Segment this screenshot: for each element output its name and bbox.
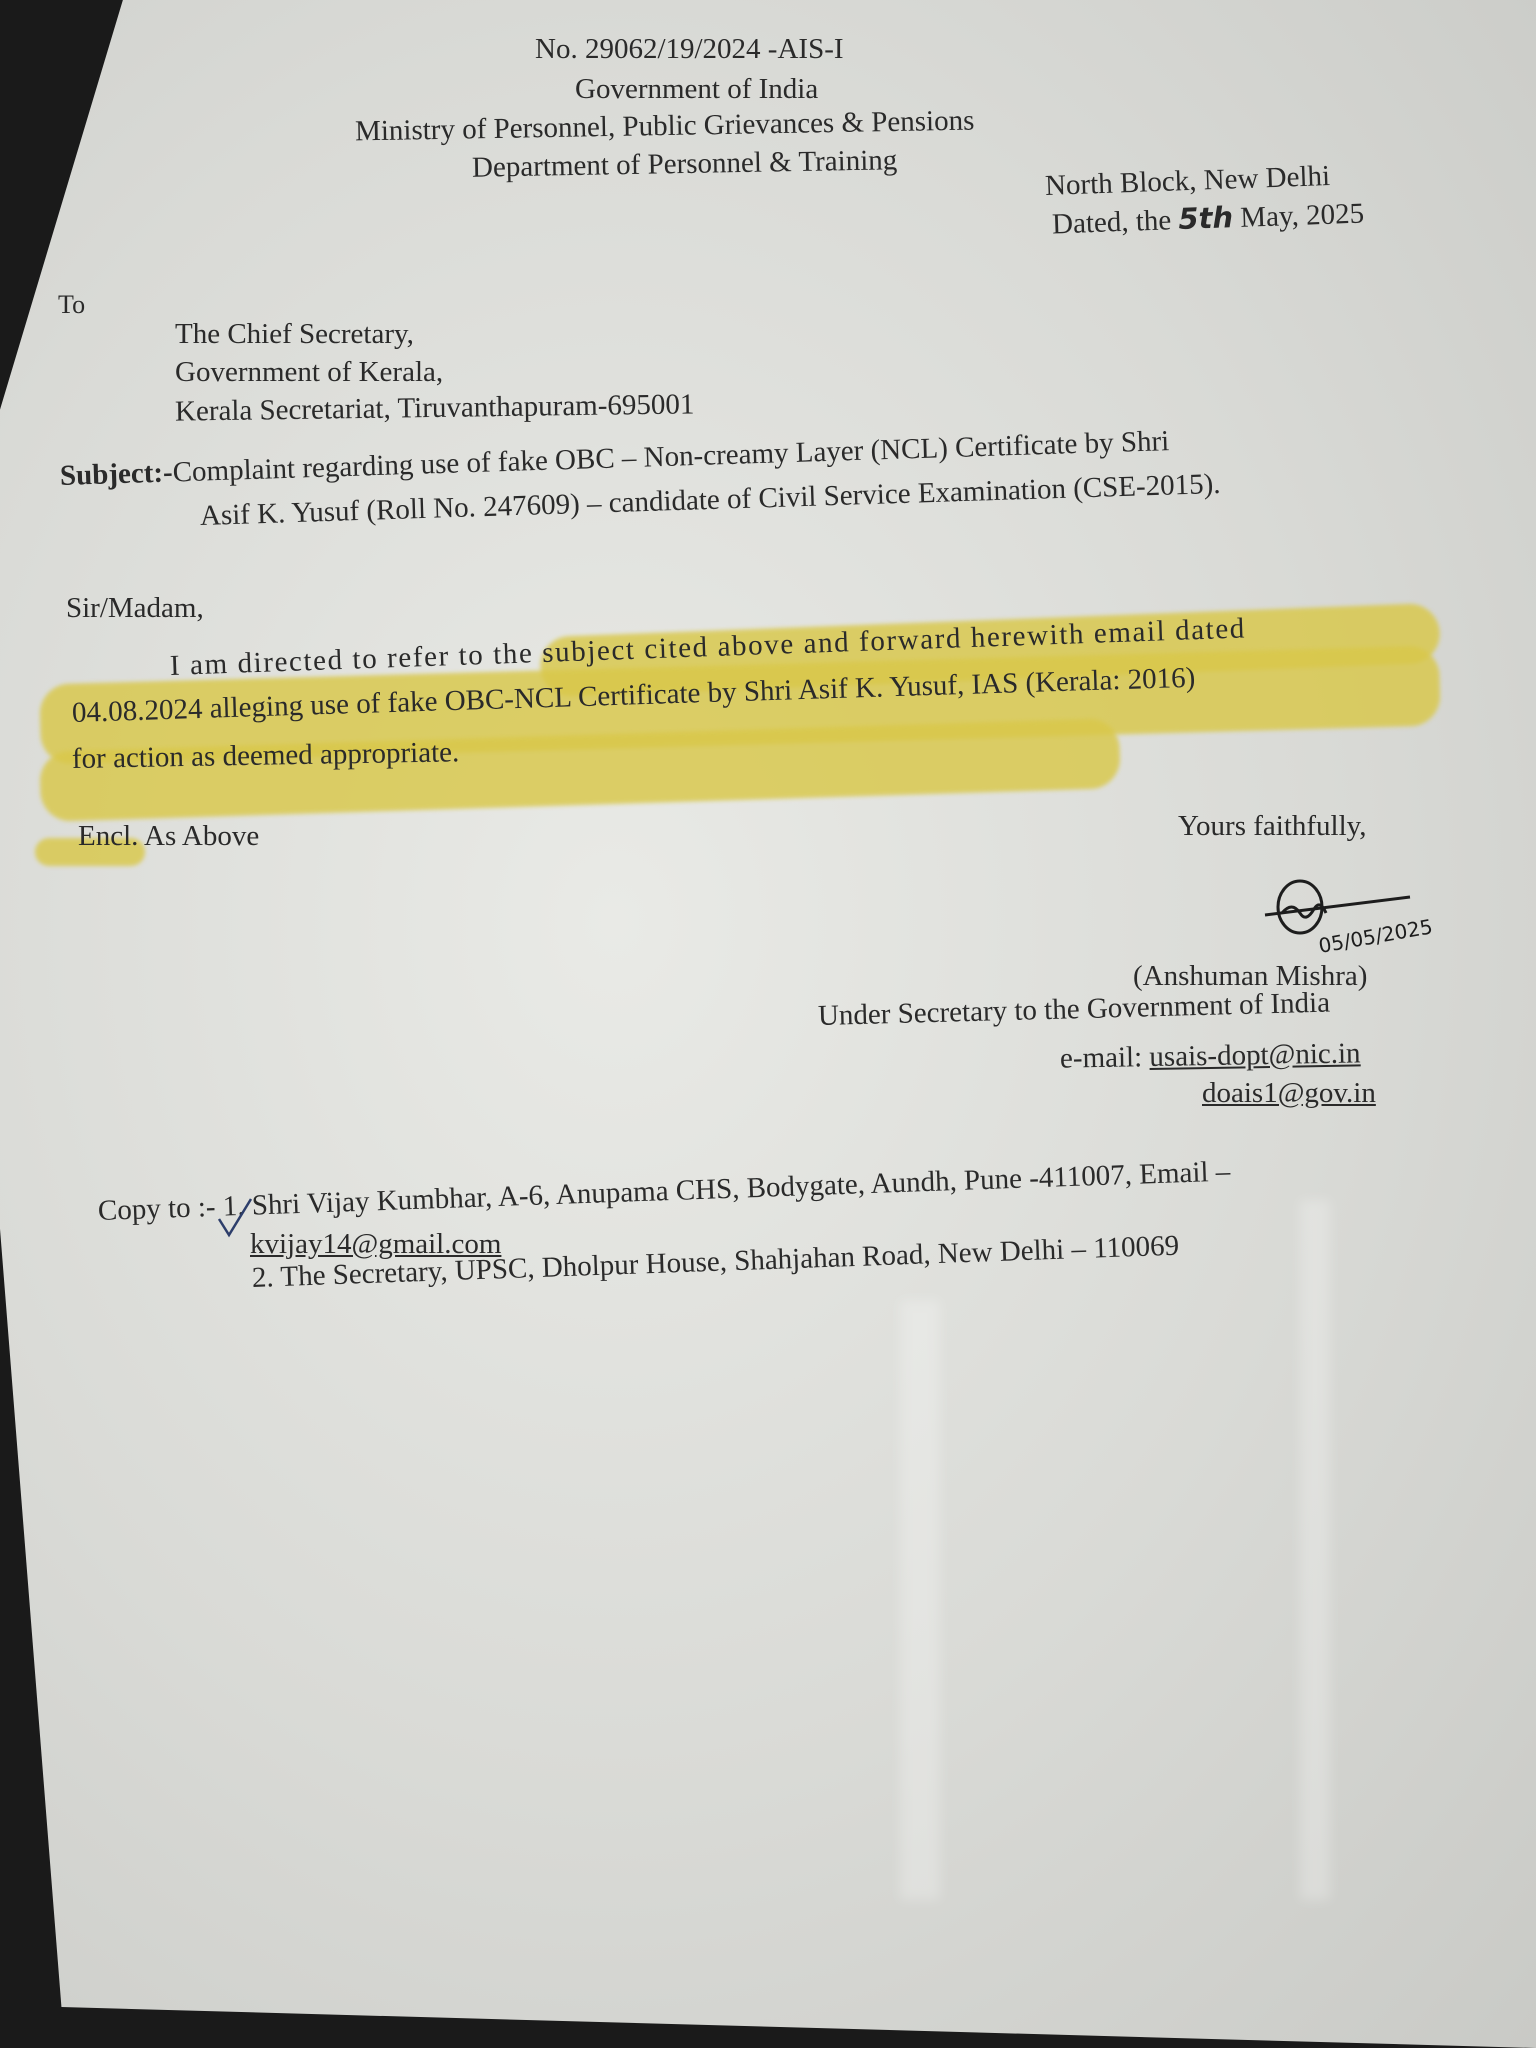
email-label: e-mail: — [1060, 1041, 1143, 1074]
handwritten-date: 5th — [1178, 200, 1234, 236]
to-label: To — [58, 290, 85, 320]
govt-name: Government of India — [575, 73, 818, 106]
addressee-line: Government of Kerala, — [175, 356, 443, 389]
email-line: e-mail: usais-dopt@nic.in — [1060, 1037, 1361, 1076]
subject-label: Subject:- — [59, 456, 173, 492]
email-link-2[interactable]: doais1@gov.in — [1202, 1077, 1376, 1110]
salutation: Sir/Madam, — [66, 592, 204, 625]
paper-crease — [1300, 1200, 1330, 1900]
closing: Yours faithfully, — [1178, 810, 1367, 843]
enclosure: Encl. As Above — [78, 820, 259, 853]
copy-label: Copy to :- — [97, 1191, 216, 1227]
date-prefix: Dated, the — [1052, 204, 1172, 240]
file-number: No. 29062/19/2024 -AIS-I — [535, 33, 844, 66]
signature-icon: 05/05/2025 — [1260, 875, 1460, 965]
checkmark-icon — [215, 1195, 255, 1240]
email-link-1[interactable]: usais-dopt@nic.in — [1149, 1037, 1361, 1073]
date-suffix: May, 2025 — [1240, 198, 1365, 234]
svg-text:05/05/2025: 05/05/2025 — [1317, 914, 1435, 958]
addressee-line: The Chief Secretary, — [175, 318, 414, 351]
body-line: for action as deemed appropriate. — [72, 736, 460, 776]
paper-crease — [900, 1300, 940, 1900]
